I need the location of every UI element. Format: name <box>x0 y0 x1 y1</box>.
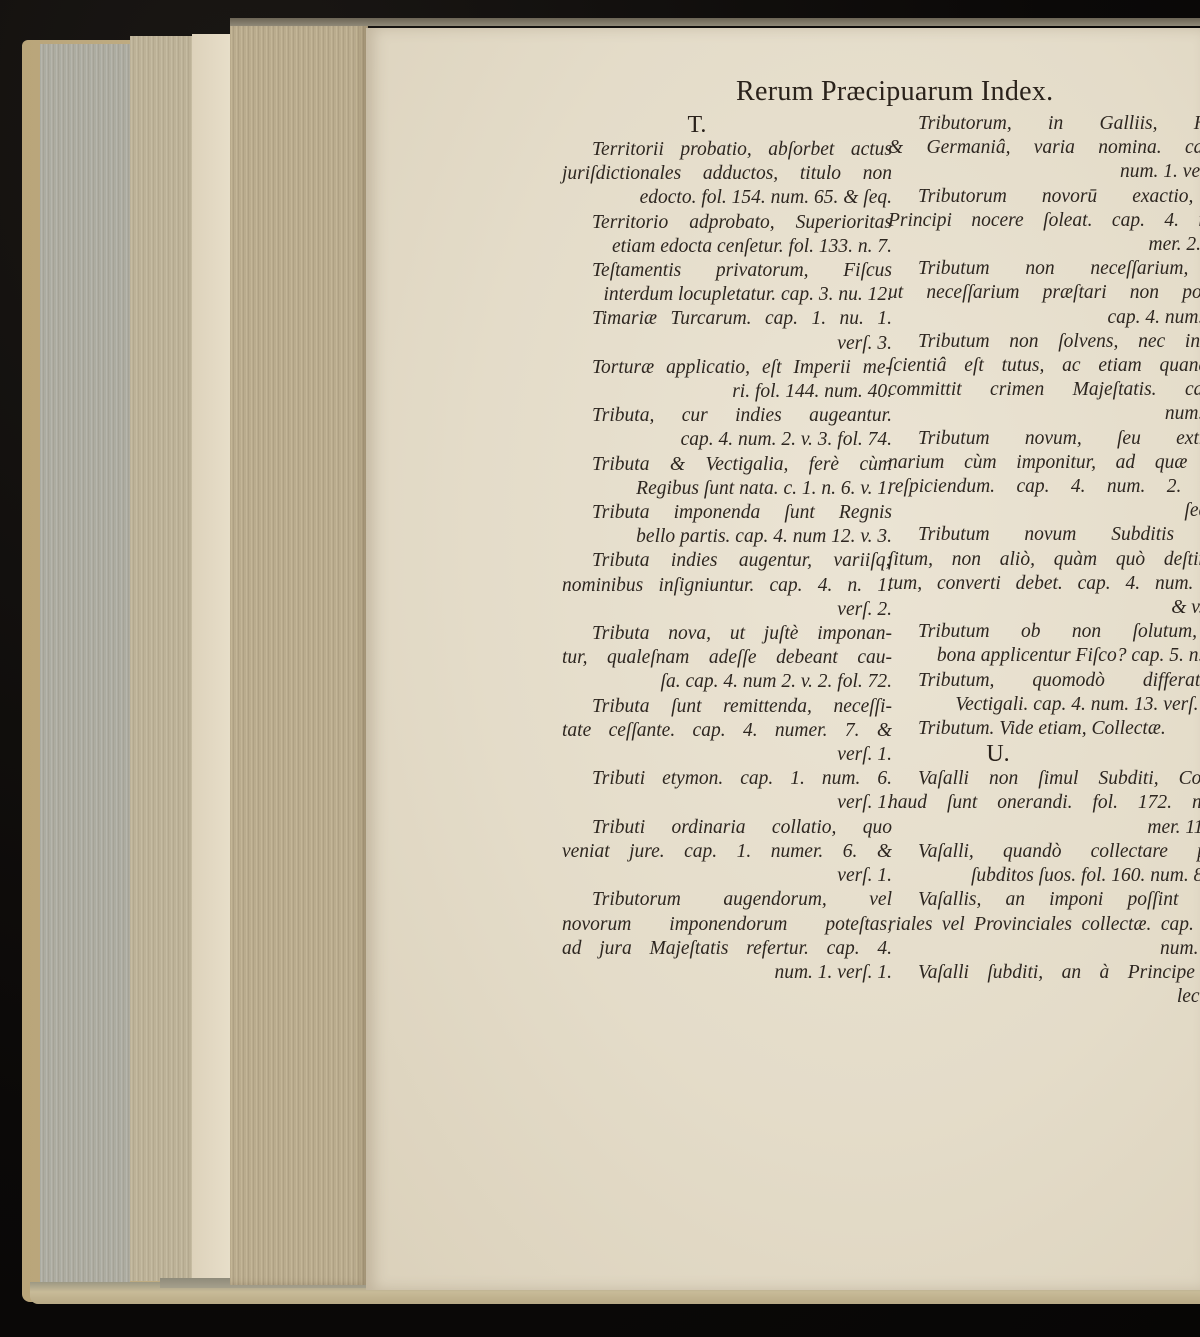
index-entry: Tributum non neceſſarium, facut neceſſar… <box>888 257 1200 330</box>
entry-line: tum, converti debet. cap. 4. num. 6 <box>888 572 1200 596</box>
index-entry: Tributa, cur indies augeantur.cap. 4. nu… <box>562 404 892 452</box>
index-entry: Tributum, quomodò differat àVectigali. c… <box>888 669 1200 717</box>
entry-line: juriſdictionales adductos, titulo non <box>562 162 892 186</box>
entry-list-right-u: Vaſalli non ſimul Subditi, Collectishaud… <box>888 767 1200 1009</box>
entry-line: Vaſalli non ſimul Subditi, Collectis <box>888 767 1200 791</box>
entry-line: & v. 1 <box>888 596 1200 620</box>
entry-line: Tributum ob non ſolutum, an <box>888 620 1200 644</box>
entry-line: verſ. 1. <box>562 743 892 767</box>
entry-line: Tributorum augendorum, vel <box>562 888 892 912</box>
entry-line: Tributum, quomodò differat à <box>888 669 1200 693</box>
page-stack-left <box>40 44 130 1284</box>
entry-line: ſa. cap. 4. num 2. v. 2. fol. 72. <box>562 670 892 694</box>
entry-line: bona applicentur Fiſco? cap. 5. n. 5 <box>888 644 1200 668</box>
index-entry: Tributa ſunt remittenda, neceſſi-tate ce… <box>562 695 892 768</box>
entry-line: cap. 4. num. 1 <box>888 306 1200 330</box>
index-entry: Tributa nova, ut juſtè imponan-tur, qual… <box>562 622 892 695</box>
entry-line: narium cùm imponitur, ad quæ ſi <box>888 451 1200 475</box>
entry-line: tur, qualeſnam adeſſe debeant cau- <box>562 646 892 670</box>
entry-line: num. 6 <box>888 402 1200 426</box>
entry-line: mer. 2. v. <box>888 233 1200 257</box>
entry-line: reſpiciendum. cap. 4. num. 2. & <box>888 475 1200 499</box>
index-entry: Tributi ordinaria collatio, quoveniat ju… <box>562 816 892 889</box>
entry-line: num. 2. <box>888 937 1200 961</box>
entry-line: Regibus ſunt nata. c. 1. n. 6. v. 1. <box>562 477 892 501</box>
entry-line: haud ſunt onerandi. fol. 172. nu- <box>888 791 1200 815</box>
entry-line: ſeqq <box>888 499 1200 523</box>
entry-line: Territorio adprobato, Superioritas <box>562 211 892 235</box>
entry-line: interdum locupletatur. cap. 3. nu. 12. <box>562 283 892 307</box>
index-entry: Vaſallis, an imponi poſſint Impe-riales … <box>888 888 1200 961</box>
entry-line: Vaſalli, quandò collectare poſſint <box>888 840 1200 864</box>
index-entry: Torturæ applicatio, eſt Imperii me-ri. f… <box>562 356 892 404</box>
entry-line: bello partis. cap. 4. num 12. v. 3. <box>562 525 892 549</box>
entry-line: verſ. 1. <box>562 791 892 815</box>
entry-line: Tributum novum Subditis impo <box>888 523 1200 547</box>
entry-line: cap. 4. num. 2. v. 3. fol. 74. <box>562 428 892 452</box>
entry-line: Tributi etymon. cap. 1. num. 6. <box>562 767 892 791</box>
section-letter-u: U. <box>888 741 1200 767</box>
entry-line: Tributum non neceſſarium, fac <box>888 257 1200 281</box>
entry-line: verſ. 1. <box>562 864 892 888</box>
entry-line: Tributa, cur indies augeantur. <box>562 404 892 428</box>
index-entry: Tributum non ſolvens, nec in conſcientiâ… <box>888 330 1200 427</box>
entry-line: etiam edocta cenſetur. fol. 133. n. 7. <box>562 235 892 259</box>
entry-line: & Germaniâ, varia nomina. cap. <box>888 136 1200 160</box>
entry-line: ri. fol. 144. num. 40. <box>562 380 892 404</box>
entry-line: Vaſalli ſubditi, an à Principe Col- <box>888 961 1200 985</box>
entry-line: ut neceſſarium præſtari non poſſi <box>888 281 1200 305</box>
entry-line: Tributa imponenda ſunt Regnis <box>562 501 892 525</box>
entry-line: num. 1. verſ. <box>888 160 1200 184</box>
index-entry: Vaſalli, quandò collectare poſſintſubdit… <box>888 840 1200 888</box>
entry-line: num. 1. verſ. 1. <box>562 961 892 985</box>
entry-list-left: Territorii probatio, abſorbet actusjuriſ… <box>562 138 892 985</box>
page-stack-left-inner <box>130 36 192 1281</box>
index-entry: Tributum. Vide etiam, Collectæ. <box>888 717 1200 741</box>
entry-list-right-t: Tributorum, in Galliis, Hiſpan& Germaniâ… <box>888 112 1200 741</box>
entry-line: ſubditos ſuos. fol. 160. num. 82. <box>888 864 1200 888</box>
index-entry: Tributa & Vectigalia, ferè cùmRegibus ſu… <box>562 453 892 501</box>
entry-line: Tributa ſunt remittenda, neceſſi- <box>562 695 892 719</box>
entry-line: Tributi ordinaria collatio, quo <box>562 816 892 840</box>
entry-line: Tributum. Vide etiam, Collectæ. <box>888 717 1200 741</box>
entry-line: committit crimen Majeſtatis. cap. <box>888 378 1200 402</box>
entry-line: lectis <box>888 985 1200 1009</box>
entry-line: ad jura Majeſtatis refertur. cap. 4. <box>562 937 892 961</box>
entry-line: Tributum non ſolvens, nec in con <box>888 330 1200 354</box>
flyleaf <box>192 34 230 1279</box>
index-entry: Timariæ Turcarum. cap. 1. nu. 1.verſ. 3. <box>562 307 892 355</box>
index-entry: Teſtamentis privatorum, Fiſcusinterdum l… <box>562 259 892 307</box>
entry-line: Vectigali. cap. 4. num. 13. verſ. 1. <box>888 693 1200 717</box>
index-entry: Tributum novum, ſeu extraordinarium cùm … <box>888 427 1200 524</box>
entry-line: ſitum, non aliò, quàm quò deſtina <box>888 548 1200 572</box>
entry-line: verſ. 2. <box>562 598 892 622</box>
index-entry: Tributum ob non ſolutum, anbona applicen… <box>888 620 1200 668</box>
entry-line: Torturæ applicatio, eſt Imperii me- <box>562 356 892 380</box>
entry-line: nominibus inſigniuntur. cap. 4. n. 1. <box>562 574 892 598</box>
index-column-right: Tributorum, in Galliis, Hiſpan& Germaniâ… <box>888 112 1200 1009</box>
entry-line: tate ceſſante. cap. 4. numer. 7. & <box>562 719 892 743</box>
section-letter-t: T. <box>562 112 892 138</box>
entry-line: Tributa & Vectigalia, ferè cùm <box>562 453 892 477</box>
index-entry: Tributi etymon. cap. 1. num. 6.verſ. 1. <box>562 767 892 815</box>
index-entry: Tributum novum Subditis impoſitum, non a… <box>888 523 1200 620</box>
index-entry: Tributa indies augentur, variiſq;nominib… <box>562 549 892 622</box>
page-stack-top-edge <box>230 18 1200 26</box>
entry-line: Territorii probatio, abſorbet actus <box>562 138 892 162</box>
index-column-left: T. Territorii probatio, abſorbet actusju… <box>562 112 892 985</box>
entry-line: Tributa indies augentur, variiſq; <box>562 549 892 573</box>
entry-line: Tributorum, in Galliis, Hiſpan <box>888 112 1200 136</box>
index-entry: Tributorum, in Galliis, Hiſpan& Germaniâ… <box>888 112 1200 185</box>
entry-line: edocto. fol. 154. num. 65. & ſeq. <box>562 186 892 210</box>
entry-line: Timariæ Turcarum. cap. 1. nu. 1. <box>562 307 892 331</box>
index-entry: Vaſalli non ſimul Subditi, Collectishaud… <box>888 767 1200 840</box>
entry-line: ſcientiâ eſt tutus, ac etiam quando <box>888 354 1200 378</box>
index-entry: Territorii probatio, abſorbet actusjuriſ… <box>562 138 892 211</box>
page-stack-right <box>230 20 368 1285</box>
entry-line: Principi nocere ſoleat. cap. 4. nu <box>888 209 1200 233</box>
index-entry: Vaſalli ſubditi, an à Principe Col-lecti… <box>888 961 1200 1009</box>
entry-line: Tributa nova, ut juſtè imponan- <box>562 622 892 646</box>
running-head: Rerum Præcipuarum Index. <box>736 76 1053 108</box>
index-entry: Tributorum novorū exactio, quPrincipi no… <box>888 185 1200 258</box>
entry-line: Tributorum novorū exactio, qu <box>888 185 1200 209</box>
index-entry: Tributorum augendorum, velnovorum impone… <box>562 888 892 985</box>
entry-line: Vaſallis, an imponi poſſint Impe- <box>888 888 1200 912</box>
entry-line: novorum imponendorum poteſtas, <box>562 913 892 937</box>
entry-line: verſ. 3. <box>562 332 892 356</box>
entry-line: veniat jure. cap. 1. numer. 6. & <box>562 840 892 864</box>
index-entry: Tributa imponenda ſunt Regnisbello parti… <box>562 501 892 549</box>
entry-line: Tributum novum, ſeu extraordi <box>888 427 1200 451</box>
index-entry: Territorio adprobato, Superioritasetiam … <box>562 211 892 259</box>
entry-line: mer. 116. <box>888 816 1200 840</box>
entry-line: Teſtamentis privatorum, Fiſcus <box>562 259 892 283</box>
entry-line: riales vel Provinciales collectæ. cap. 5… <box>888 913 1200 937</box>
